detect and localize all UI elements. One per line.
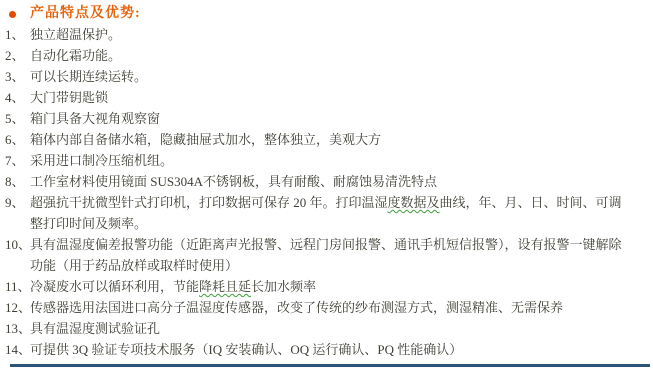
spellcheck-underlined-text: 降耗且延 (199, 279, 251, 294)
item-text: 大门带钥匙锁 (30, 87, 642, 108)
item-number: 4、 (5, 87, 30, 108)
item-number: 3、 (5, 66, 30, 87)
document-page: 产品特点及优势: 1、 独立超温保护。 2、 自动化霜功能。 3、 可以长期连续… (0, 0, 653, 374)
list-item: 4、 大门带钥匙锁 (0, 87, 653, 108)
list-item: 12、 传感器选用法国进口高分子温湿度传感器，改变了传统的纱布测湿方式，测湿精准… (0, 297, 653, 318)
list-item: 7、 采用进口制冷压缩机组。 (0, 150, 653, 171)
item-text-segment: 整打印时间及频率。 (30, 216, 147, 231)
item-text: 具有温湿度偏差报警功能（近距离声光报警、远程门房间报警、通讯手机短信报警），设有… (30, 234, 642, 276)
list-item: 10、 具有温湿度偏差报警功能（近距离声光报警、远程门房间报警、通讯手机短信报警… (0, 234, 653, 276)
page-title: 产品特点及优势: (30, 3, 642, 24)
item-number: 13、 (5, 318, 30, 339)
item-text: 冷凝废水可以循环利用，节能降耗且延长加水频率 (30, 276, 642, 297)
item-number: 7、 (5, 150, 30, 171)
item-number: 10、 (5, 234, 30, 255)
item-number: 2、 (5, 45, 30, 66)
item-number: 12、 (5, 297, 30, 318)
item-text: 可以长期连续运转。 (30, 66, 642, 87)
list-item: 2、 自动化霜功能。 (0, 45, 653, 66)
item-text: 超强抗干扰微型针式打印机，打印数据可保存 20 年。打印温湿度数据及曲线，年、月… (30, 192, 642, 234)
heading-bullet-cell (5, 3, 30, 24)
list-item: 3、 可以长期连续运转。 (0, 66, 653, 87)
item-text-segment: 长加水频率 (251, 279, 316, 294)
list-item: 6、 箱体内部自备储水箱，隐藏抽屉式加水，整体独立，美观大方 (0, 129, 653, 150)
item-text: 可提供 3Q 验证专项技术服务（IQ 安装确认、OQ 运行确认、PQ 性能确认） (30, 339, 642, 360)
item-text: 独立超温保护。 (30, 24, 642, 45)
list-item: 13、 具有温湿度测试验证孔 (0, 318, 653, 339)
item-text: 传感器选用法国进口高分子温湿度传感器，改变了传统的纱布测湿方式，测湿精准、无需保… (30, 297, 642, 318)
item-number: 8、 (5, 171, 30, 192)
item-number: 9、 (5, 192, 30, 213)
item-text: 箱门具备大视角观察窗 (30, 108, 642, 129)
item-text-segment: 超强抗干扰微型针式打印机，打印数据可保存 20 年。打印温湿 (30, 195, 388, 210)
item-number: 5、 (5, 108, 30, 129)
item-text-segment: 冷凝废水可以循环利用，节能 (30, 279, 199, 294)
list-item: 8、 工作室材料使用镜面 SUS304A不锈钢板，具有耐酸、耐腐蚀易清洗特点 (0, 171, 653, 192)
item-text-segment: 具有温湿度偏差报警功能（近距离声光报警、远程门房间报警、通讯手机短信报警），设有… (30, 237, 622, 252)
item-text: 具有温湿度测试验证孔 (30, 318, 642, 339)
item-number: 11、 (5, 276, 30, 297)
heading-row: 产品特点及优势: (0, 3, 653, 24)
item-text: 工作室材料使用镜面 SUS304A不锈钢板，具有耐酸、耐腐蚀易清洗特点 (30, 171, 642, 192)
item-text: 采用进口制冷压缩机组。 (30, 150, 642, 171)
item-number: 6、 (5, 129, 30, 150)
list-item: 14、 可提供 3Q 验证专项技术服务（IQ 安装确认、OQ 运行确认、PQ 性… (0, 339, 653, 360)
list-item: 1、 独立超温保护。 (0, 24, 653, 45)
spellcheck-underlined-text: 度数据及 (388, 195, 440, 210)
item-text: 箱体内部自备储水箱，隐藏抽屉式加水，整体独立，美观大方 (30, 129, 642, 150)
item-text: 自动化霜功能。 (30, 45, 642, 66)
bottom-rule (10, 364, 650, 367)
bullet-icon (9, 11, 16, 18)
list-item: 9、 超强抗干扰微型针式打印机，打印数据可保存 20 年。打印温湿度数据及曲线，… (0, 192, 653, 234)
feature-list: 产品特点及优势: 1、 独立超温保护。 2、 自动化霜功能。 3、 可以长期连续… (0, 0, 653, 360)
list-item: 11、 冷凝废水可以循环利用，节能降耗且延长加水频率 (0, 276, 653, 297)
item-number: 1、 (5, 24, 30, 45)
item-text-segment: 功能（用于药品放样或取样时使用） (30, 258, 238, 273)
item-number: 14、 (5, 339, 30, 360)
list-item: 5、 箱门具备大视角观察窗 (0, 108, 653, 129)
item-text-segment: 曲线，年、月、日、时间、可调 (440, 195, 622, 210)
